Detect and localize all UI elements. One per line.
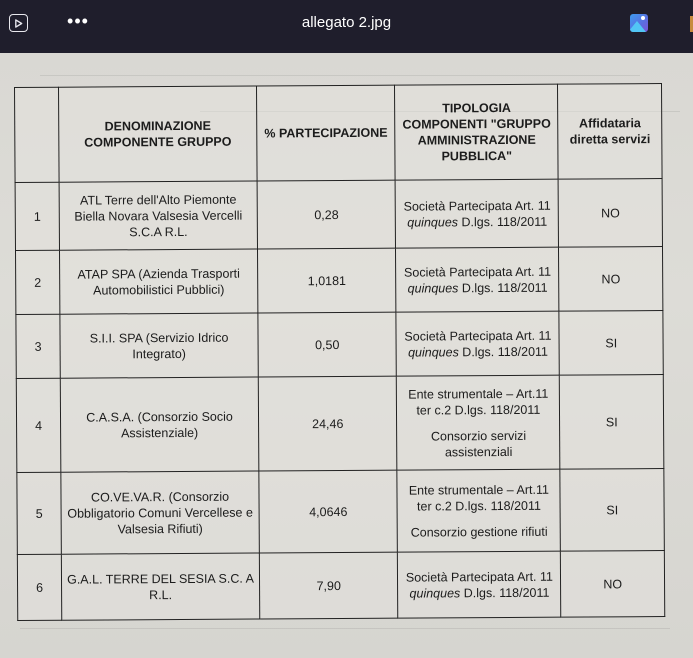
participation-percent: 1,0181 <box>257 248 396 313</box>
type-text-a: Ente strumentale – Art.11 ter c.2 D.lgs.… <box>409 482 549 513</box>
component-type: Società Partecipata Art. 11 quinques D.l… <box>396 247 559 312</box>
row-number: 2 <box>15 250 59 314</box>
table-row: 4 C.A.S.A. (Consorzio Socio Assistenzial… <box>16 375 664 473</box>
type-text-b: D.lgs. 118/2011 <box>461 214 547 229</box>
table-row: 5 CO.VE.VA.R. (Consorzio Obbligatorio Co… <box>17 469 664 555</box>
component-name: ATL Terre dell'Alto Piemonte Biella Nova… <box>59 181 257 250</box>
direct-service-assignee: NO <box>558 179 662 248</box>
component-type: Ente strumentale – Art.11 ter c.2 D.lgs.… <box>397 375 561 470</box>
type-text-b: D.lgs. 118/2011 <box>462 280 548 295</box>
type-text-b: D.lgs. 118/2011 <box>462 344 548 359</box>
table-row: 6 G.A.L. TERRE DEL SESIA S.C. A R.L. 7,9… <box>17 551 664 621</box>
component-name: ATAP SPA (Azienda Trasporti Automobilist… <box>60 249 258 314</box>
bleed-through-line <box>40 75 640 76</box>
type-text-a: Società Partecipata Art. 11 <box>404 328 551 343</box>
header-number <box>15 87 60 182</box>
type-note: Consorzio gestione rifiuti <box>411 524 548 539</box>
row-number: 5 <box>17 472 62 554</box>
component-type: Società Partecipata Art. 11 quinques D.l… <box>395 179 558 248</box>
row-number: 1 <box>15 182 59 250</box>
type-note: Consorzio servizi assistenziali <box>431 428 526 458</box>
component-type: Ente strumentale – Art.11 ter c.2 D.lgs.… <box>397 469 561 552</box>
table-row: 3 S.I.I. SPA (Servizio Idrico Integrato)… <box>16 311 663 379</box>
direct-service-assignee: SI <box>560 469 664 552</box>
mountain-shape <box>630 21 646 32</box>
component-name: S.I.I. SPA (Servizio Idrico Integrato) <box>60 313 258 378</box>
component-type: Società Partecipata Art. 11 quinques D.l… <box>398 551 561 618</box>
photos-app-icon[interactable] <box>630 14 648 32</box>
header-partecipazione: % PARTECIPAZIONE <box>256 85 395 181</box>
file-name-title: allegato 2.jpg <box>0 14 693 31</box>
sun-shape <box>641 16 645 20</box>
viewer-titlebar: ••• allegato 2.jpg <box>0 0 693 53</box>
header-tipologia: TIPOLOGIA COMPONENTI "GRUPPO AMMINISTRAZ… <box>395 84 559 180</box>
document-table: DENOMINAZIONE COMPONENTE GRUPPO % PARTEC… <box>14 83 665 621</box>
type-text-a: Società Partecipata Art. 11 <box>404 264 551 279</box>
direct-service-assignee: SI <box>560 375 664 470</box>
type-text-emphasis: quinques <box>408 281 459 295</box>
participation-percent: 24,46 <box>258 376 397 471</box>
type-text-emphasis: quinques <box>409 586 460 600</box>
header-denominazione: DENOMINAZIONE COMPONENTE GRUPPO <box>59 86 257 182</box>
direct-service-assignee: NO <box>559 247 663 312</box>
type-text-a: Società Partecipata Art. 11 <box>404 198 551 213</box>
row-number: 6 <box>17 554 61 620</box>
direct-service-assignee: SI <box>559 311 663 376</box>
component-name: CO.VE.VA.R. (Consorzio Obbligatorio Comu… <box>61 471 259 554</box>
type-text-a: Società Partecipata Art. 11 <box>406 569 553 584</box>
header-affidataria: Affidataria diretta servizi <box>558 84 662 180</box>
bleed-through-line <box>20 628 670 629</box>
type-text-emphasis: quinques <box>408 345 459 359</box>
type-text-emphasis: quinques <box>407 215 458 229</box>
row-number: 4 <box>16 378 61 472</box>
participation-percent: 4,0646 <box>259 470 398 553</box>
type-text-a: Ente strumentale – Art.11 ter c.2 D.lgs.… <box>408 386 548 417</box>
table-header-row: DENOMINAZIONE COMPONENTE GRUPPO % PARTEC… <box>15 84 663 183</box>
type-text-b: D.lgs. 118/2011 <box>464 585 550 600</box>
table-row: 2 ATAP SPA (Azienda Trasporti Automobili… <box>15 247 662 315</box>
component-name: C.A.S.A. (Consorzio Socio Assistenziale) <box>60 377 258 472</box>
participation-percent: 0,50 <box>258 312 397 377</box>
component-type: Società Partecipata Art. 11 quinques D.l… <box>396 311 559 376</box>
table-row: 1 ATL Terre dell'Alto Piemonte Biella No… <box>15 179 662 251</box>
row-number: 3 <box>16 314 60 378</box>
direct-service-assignee: NO <box>561 551 665 618</box>
participation-percent: 0,28 <box>257 180 396 249</box>
component-name: G.A.L. TERRE DEL SESIA S.C. A R.L. <box>61 553 259 620</box>
participation-percent: 7,90 <box>259 552 398 619</box>
image-canvas[interactable]: DENOMINAZIONE COMPONENTE GRUPPO % PARTEC… <box>0 53 693 658</box>
